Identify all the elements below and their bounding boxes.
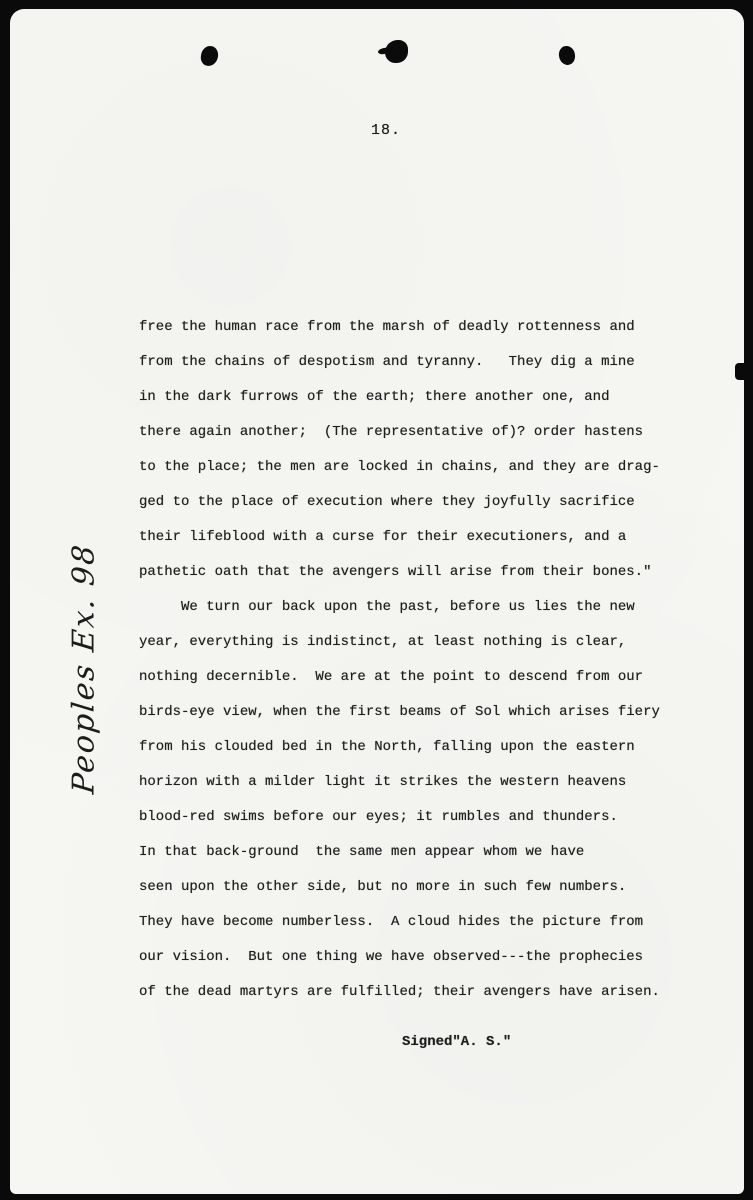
typed-line: to the place; the men are locked in chai…: [139, 450, 699, 485]
typed-line: of the dead martyrs are fulfilled; their…: [139, 975, 699, 1010]
page-number: 18.: [371, 122, 401, 139]
typed-text-body: free the human race from the marsh of de…: [139, 310, 699, 1052]
typed-line: ged to the place of execution where they…: [139, 485, 699, 520]
scan-border-notch: [735, 363, 753, 380]
scanned-document-page: { "scan": { "paper_color": "#f6f6f3", "i…: [0, 0, 753, 1200]
paper-sheet: 18. Peoples Ex. 98 free the human race f…: [10, 9, 744, 1194]
ink-blot-center: [385, 40, 408, 63]
typed-line: from the chains of despotism and tyranny…: [139, 345, 699, 380]
typed-line: In that back-ground the same men appear …: [139, 835, 699, 870]
typed-line: in the dark furrows of the earth; there …: [139, 380, 699, 415]
typed-line: there again another; (The representative…: [139, 415, 699, 450]
signature-line: Signed"A. S.": [139, 1032, 699, 1052]
typed-line: pathetic oath that the avengers will ari…: [139, 555, 699, 590]
margin-note-container: Peoples Ex. 98: [38, 524, 130, 812]
typed-line: nothing decernible. We are at the point …: [139, 660, 699, 695]
typed-line: seen upon the other side, but no more in…: [139, 870, 699, 905]
typed-line: horizon with a milder light it strikes t…: [139, 765, 699, 800]
typed-line: their lifeblood with a curse for their e…: [139, 520, 699, 555]
ink-blot-right: [558, 45, 576, 66]
ink-blot-spur: [378, 47, 391, 55]
typed-line: birds-eye view, when the first beams of …: [139, 695, 699, 730]
typed-line: blood-red swims before our eyes; it rumb…: [139, 800, 699, 835]
typed-line: our vision. But one thing we have observ…: [139, 940, 699, 975]
typed-line: from his clouded bed in the North, falli…: [139, 730, 699, 765]
typed-line: year, everything is indistinct, at least…: [139, 625, 699, 660]
typed-line: free the human race from the marsh of de…: [139, 310, 699, 345]
handwritten-exhibit-note: Peoples Ex. 98: [67, 541, 102, 795]
typed-line: They have become numberless. A cloud hid…: [139, 905, 699, 940]
typed-line: We turn our back upon the past, before u…: [139, 590, 699, 625]
ink-blot-left: [200, 45, 220, 67]
